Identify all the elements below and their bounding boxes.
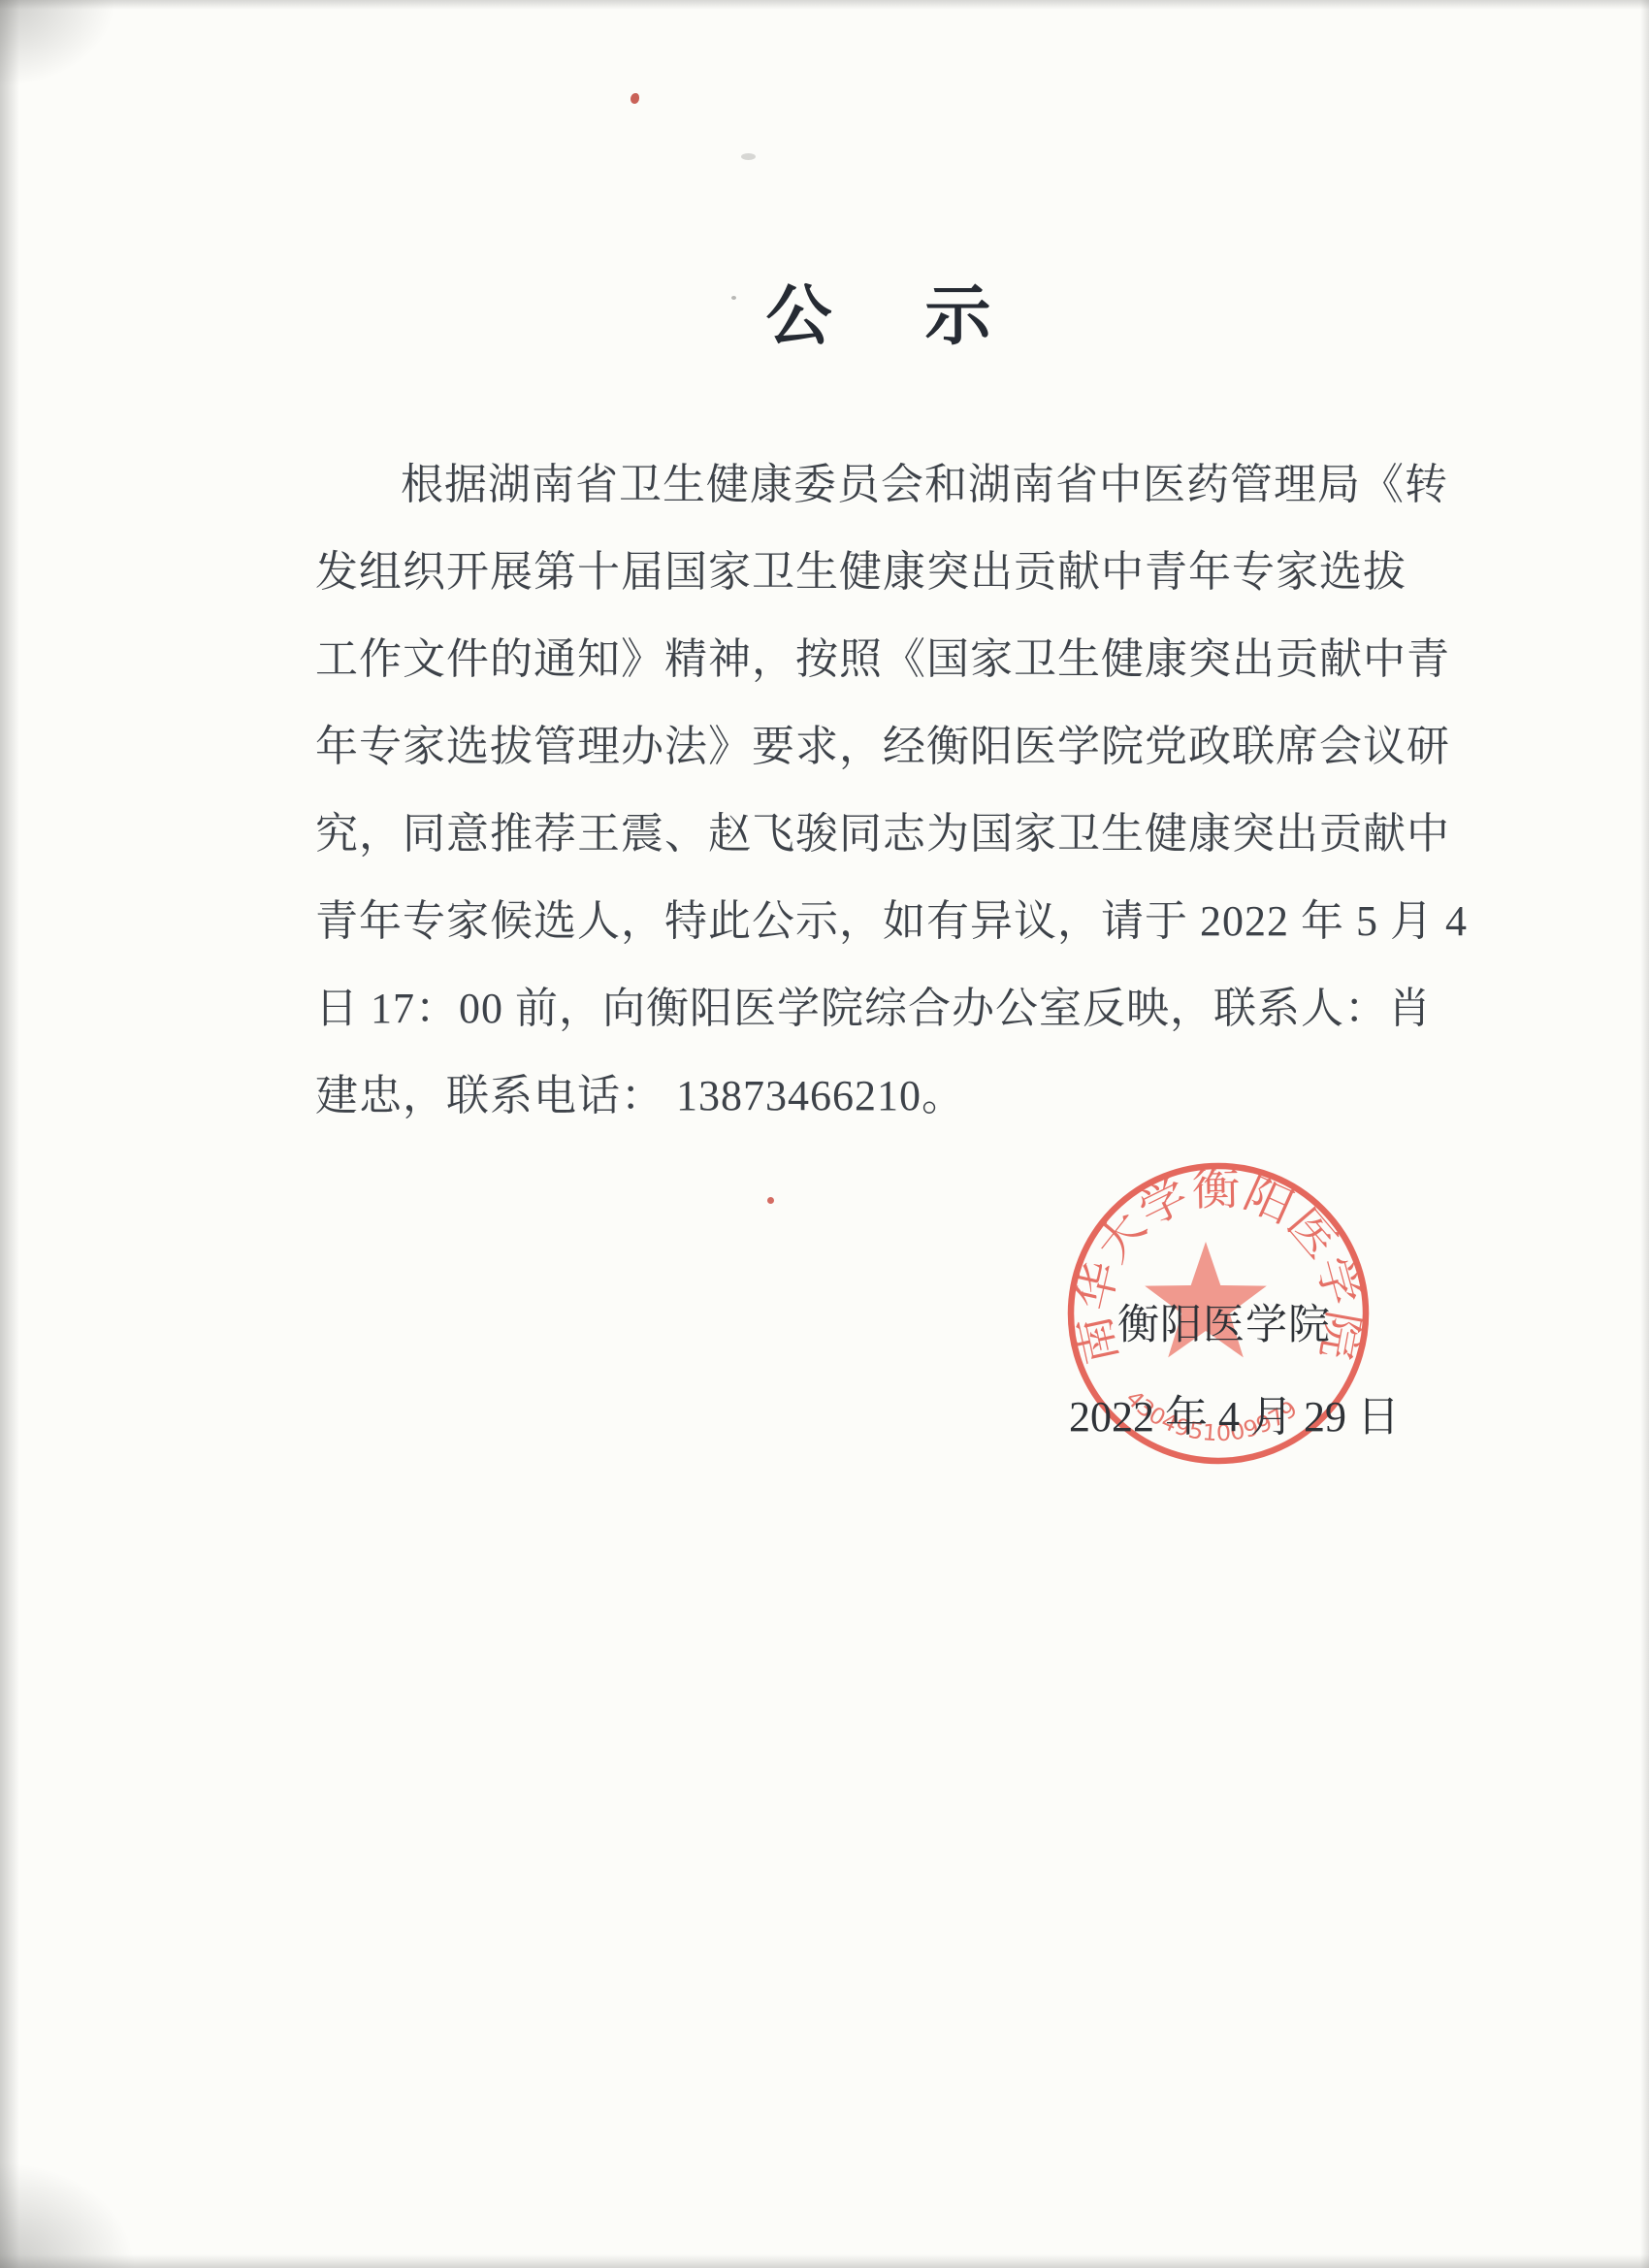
red-ink-speck	[630, 93, 639, 104]
scan-corner-top-left	[0, 0, 116, 87]
notice-body: 根据湖南省卫生健康委员会和湖南省中医药管理局《转 发组织开展第十届国家卫生健康突…	[315, 441, 1465, 1140]
page-title: 公 示	[315, 264, 1455, 358]
scan-edge-top	[0, 0, 1649, 10]
body-line: 发组织开展第十届国家卫生健康突出贡献中青年专家选拔	[315, 529, 1465, 616]
body-line: 青年专家候选人，特此公示，如有异议，请于 2022 年 5 月 4	[315, 878, 1465, 965]
body-line: 年专家选拔管理办法》要求，经衡阳医学院党政联席会议研	[315, 703, 1465, 791]
body-line: 根据湖南省卫生健康委员会和湖南省中医药管理局《转	[315, 441, 1465, 529]
body-line: 究，同意推荐王震、赵飞骏同志为国家卫生健康突出贡献中	[315, 791, 1465, 878]
signature-date: 2022 年 4 月 29 日	[1069, 1381, 1400, 1443]
body-line: 工作文件的通知》精神，按照《国家卫生健康突出贡献中青	[315, 616, 1465, 703]
scan-edge-bottom	[0, 2254, 1649, 2268]
scanned-notice-page: 公 示 根据湖南省卫生健康委员会和湖南省中医药管理局《转 发组织开展第十届国家卫…	[0, 0, 1649, 2268]
body-line: 建忠，联系电话： 13873466210。	[315, 1053, 1465, 1140]
scan-edge-right	[1640, 0, 1649, 2268]
signature-org: 衡阳医学院	[1117, 1292, 1331, 1351]
red-ink-speck	[767, 1197, 774, 1204]
body-line: 日 17：00 前，向衡阳医学院综合办公室反映，联系人：肖	[315, 965, 1465, 1053]
gray-smudge	[741, 153, 756, 160]
scan-edge-left	[0, 0, 19, 2268]
scan-corner-bottom-left	[0, 2161, 136, 2268]
